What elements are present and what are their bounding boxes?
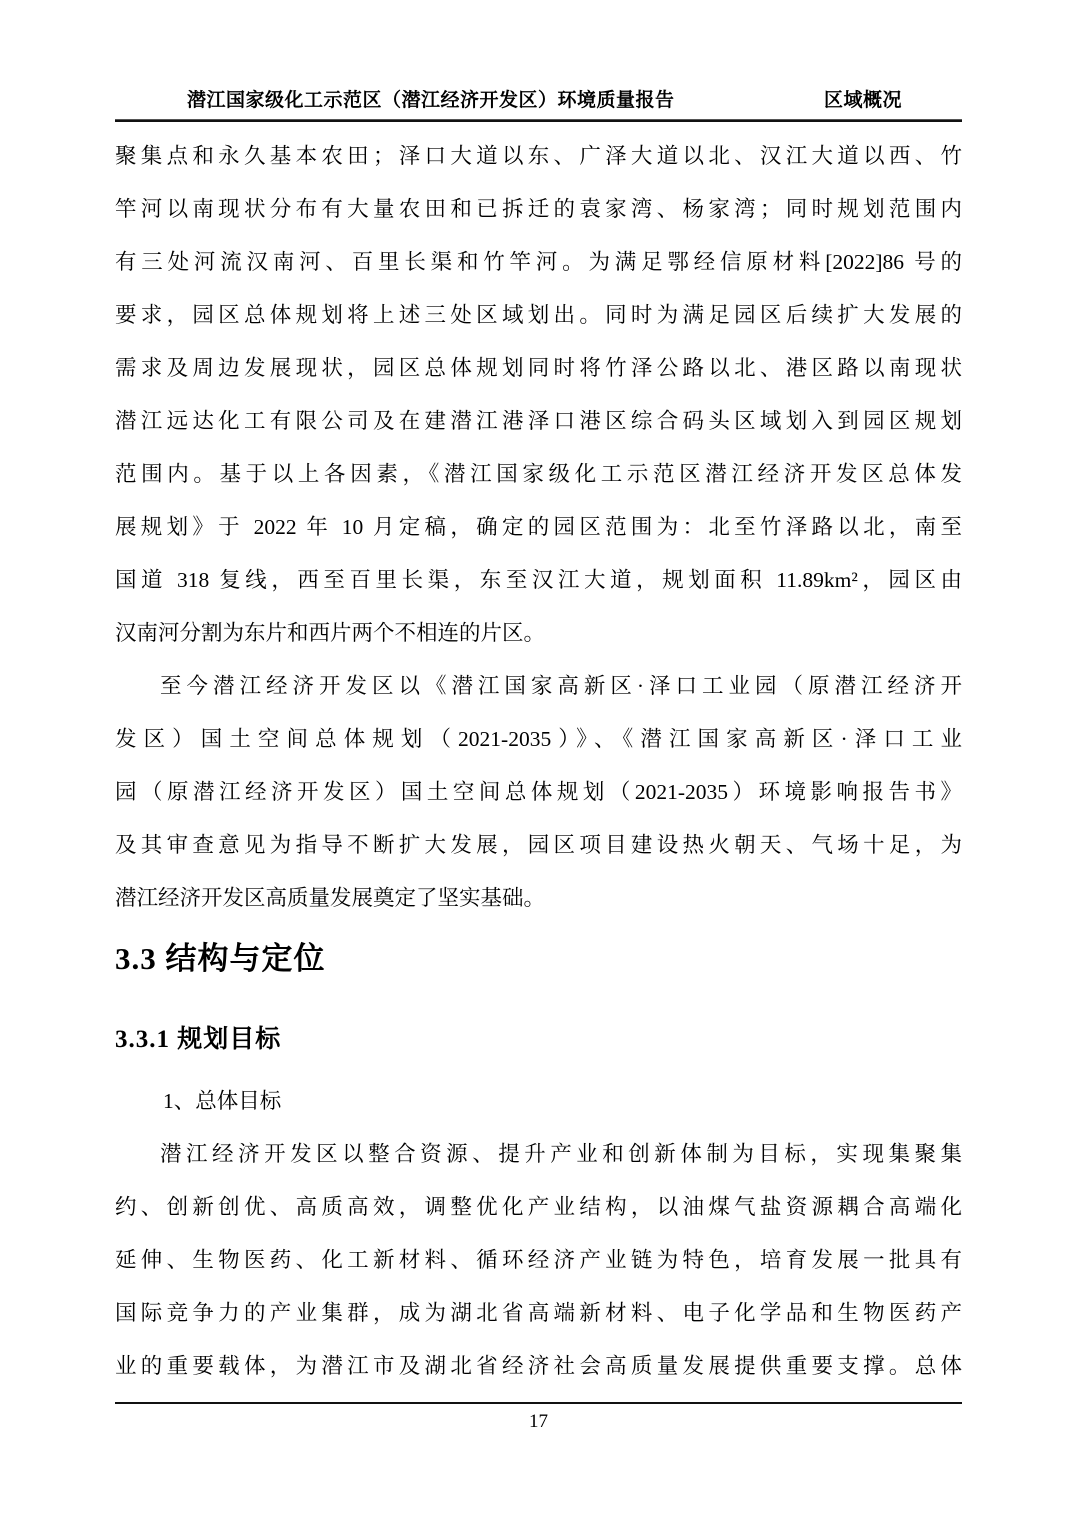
body-line: 潜江经济开发区以整合资源、提升产业和创新体制为目标，实现集聚集 (115, 1128, 962, 1181)
body-line: 延伸、生物医药、化工新材料、循环经济产业链为特色，培育发展一批具有 (115, 1234, 962, 1287)
section-heading-3-3: 3.3 结构与定位 (115, 935, 962, 983)
paragraph-1: 聚集点和永久基本农田；泽口大道以东、广泽大道以北、汉江大道以西、竹 竿河以南现状… (115, 130, 962, 660)
body-line: 约、创新创优、高质高效，调整优化产业结构，以油煤气盐资源耦合高端化 (115, 1181, 962, 1234)
list-item-heading: 1、总体目标 (115, 1075, 962, 1128)
body-line: 范围内。基于以上各因素，《潜江国家级化工示范区潜江经济开发区总体发 (115, 448, 962, 501)
body-line: 国道 318 复线，西至百里长渠，东至汉江大道，规划面积 11.89km²，园区… (115, 554, 962, 607)
body-line: 汉南河分割为东片和西片两个不相连的片区。 (115, 607, 962, 660)
paragraph-2: 至今潜江经济开发区以《潜江国家高新区·泽口工业园（原潜江经济开 发区）国土空间总… (115, 660, 962, 925)
body-line: 聚集点和永久基本农田；泽口大道以东、广泽大道以北、汉江大道以西、竹 (115, 130, 962, 183)
body-line: 有三处河流汉南河、百里长渠和竹竿河。为满足鄂经信原材料[2022]86 号的 (115, 236, 962, 289)
header-title: 潜江国家级化工示范区（潜江经济开发区）环境质量报告 (187, 88, 675, 114)
header-row: 潜江国家级化工示范区（潜江经济开发区）环境质量报告 区域概况 (115, 88, 962, 114)
body-line: 要求，园区总体规划将上述三处区域划出。同时为满足园区后续扩大发展的 (115, 289, 962, 342)
body-line: 园（原潜江经济开发区）国土空间总体规划（2021-2035）环境影响报告书》 (115, 766, 962, 819)
page-footer: 17 (115, 1402, 962, 1434)
subsection-heading-3-3-1: 3.3.1 规划目标 (115, 1019, 962, 1061)
footer-rule (115, 1402, 962, 1404)
body-line: 至今潜江经济开发区以《潜江国家高新区·泽口工业园（原潜江经济开 (115, 660, 962, 713)
body-line: 潜江经济开发区高质量发展奠定了坚实基础。 (115, 872, 962, 925)
body-line: 竿河以南现状分布有大量农田和已拆迁的袁家湾、杨家湾；同时规划范围内 (115, 183, 962, 236)
body-line: 需求及周边发展现状，园区总体规划同时将竹泽公路以北、港区路以南现状 (115, 342, 962, 395)
body-line: 潜江远达化工有限公司及在建潜江港泽口港区综合码头区域划入到园区规划 (115, 395, 962, 448)
page-number: 17 (115, 1410, 962, 1434)
body-line: 发区）国土空间总体规划（2021-2035）》、《潜江国家高新区·泽口工业 (115, 713, 962, 766)
body-line: 及其审查意见为指导不断扩大发展，园区项目建设热火朝天、气场十足，为 (115, 819, 962, 872)
page-header: 潜江国家级化工示范区（潜江经济开发区）环境质量报告 区域概况 (115, 88, 962, 122)
paragraph-3: 潜江经济开发区以整合资源、提升产业和创新体制为目标，实现集聚集 约、创新创优、高… (115, 1128, 962, 1393)
body-line: 业的重要载体，为潜江市及湖北省经济社会高质量发展提供重要支撑。总体 (115, 1340, 962, 1393)
body-line: 国际竞争力的产业集群，成为湖北省高端新材料、电子化学品和生物医药产 (115, 1287, 962, 1340)
header-section-label: 区域概况 (824, 88, 902, 114)
document-content: 聚集点和永久基本农田；泽口大道以东、广泽大道以北、汉江大道以西、竹 竿河以南现状… (115, 130, 962, 1393)
body-line: 展规划》于 2022 年 10 月定稿，确定的园区范围为：北至竹泽路以北，南至 (115, 501, 962, 554)
document-page: 潜江国家级化工示范区（潜江经济开发区）环境质量报告 区域概况 聚集点和永久基本农… (0, 0, 1074, 1520)
header-rule (115, 119, 962, 122)
